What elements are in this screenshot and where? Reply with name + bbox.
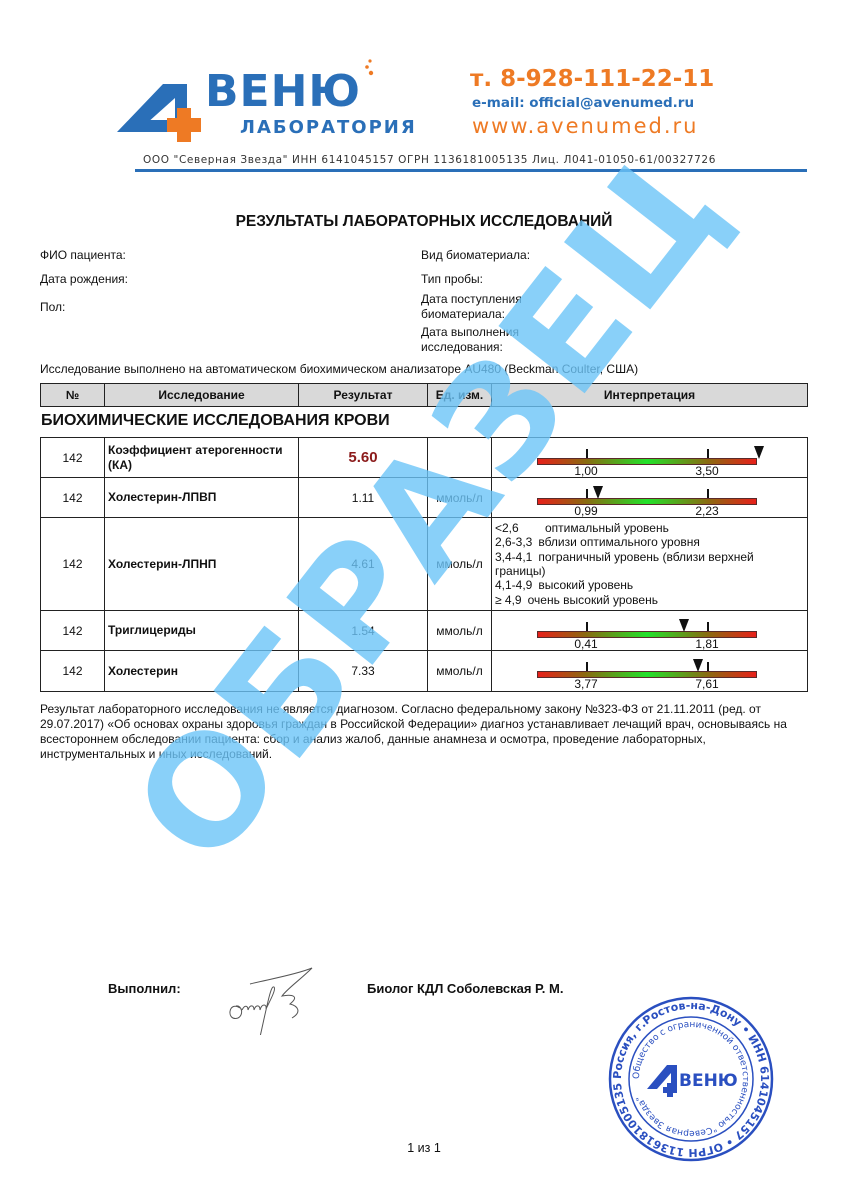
section-title: БИОХИМИЧЕСКИЕ ИССЛЕДОВАНИЯ КРОВИ xyxy=(41,412,390,430)
contact-email[interactable]: e-mail: official@avenumed.ru xyxy=(472,97,694,111)
table-row: 142 Коэффициент атерогенности (КА) 5.60 … xyxy=(41,438,808,478)
reference-tick xyxy=(586,449,588,458)
test-name: Триглицериды xyxy=(105,611,299,651)
organization-details: ООО "Северная Звезда" ИНН 6141045157 ОГР… xyxy=(143,155,716,166)
interpretation-cell: 1,003,50 xyxy=(492,438,808,478)
signer-name: Биолог КДЛ Соболевская Р. М. xyxy=(367,981,563,996)
reference-tick xyxy=(707,489,709,498)
header-test: Исследование xyxy=(105,384,299,407)
legal-disclaimer: Результат лабораторного исследования не … xyxy=(40,702,810,762)
test-unit: ммоль/л xyxy=(428,478,492,518)
gradient-bar xyxy=(537,458,757,465)
interpretation-cell: 3,777,61 xyxy=(492,651,808,692)
value-marker-icon xyxy=(754,446,764,459)
document-title: РЕЗУЛЬТАТЫ ЛАБОРАТОРНЫХ ИССЛЕДОВАНИЙ xyxy=(0,213,848,231)
test-name: Холестерин-ЛПНП xyxy=(105,518,299,611)
reference-limit-label: 2,23 xyxy=(695,504,718,518)
range-line: ≥ 4,9очень высокий уровень xyxy=(495,593,804,607)
reference-limit-label: 0,99 xyxy=(574,504,597,518)
reference-scale: 1,003,50 xyxy=(492,439,807,477)
reference-limit-label: 3,50 xyxy=(695,464,718,478)
reference-limit-label: 1,81 xyxy=(695,637,718,651)
header-divider xyxy=(135,169,807,172)
contact-website[interactable]: www.avenumed.ru xyxy=(472,116,698,137)
table-row: 142 Триглицериды 1.54 ммоль/л 0,411,81 xyxy=(41,611,808,651)
logo-wordmark: ВЕНЮ xyxy=(205,70,361,114)
range-line: 2,6-3,3вблизи оптимального уровня xyxy=(495,535,804,549)
reference-scale: 3,777,61 xyxy=(492,652,807,690)
reference-tick xyxy=(586,489,588,498)
range-line: <2,6оптимальный уровень xyxy=(495,521,804,535)
test-unit: ммоль/л xyxy=(428,611,492,651)
company-stamp: Россия, г.Ростов-на-Дону • ИНН 614104515… xyxy=(607,995,775,1163)
page-number: 1 из 1 xyxy=(0,1141,848,1155)
reference-limit-label: 1,00 xyxy=(574,464,597,478)
reference-tick xyxy=(707,622,709,631)
gradient-bar xyxy=(537,631,757,638)
test-unit: ммоль/л xyxy=(428,651,492,692)
field-sex: Пол: xyxy=(40,300,65,315)
test-unit xyxy=(428,438,492,478)
analyzer-note: Исследование выполнено на автоматическом… xyxy=(40,362,638,377)
reference-tick xyxy=(707,662,709,671)
test-result: 7.33 xyxy=(299,651,428,692)
table-row: 142 Холестерин 7.33 ммоль/л 3,777,61 xyxy=(41,651,808,692)
reference-limit-label: 0,41 xyxy=(574,637,597,651)
gradient-bar xyxy=(537,671,757,678)
reference-tick xyxy=(586,662,588,671)
gradient-bar xyxy=(537,498,757,505)
reference-scale: 0,992,23 xyxy=(492,479,807,517)
test-unit: ммоль/л xyxy=(428,518,492,611)
svg-text:ВЕНЮ: ВЕНЮ xyxy=(679,1071,738,1091)
field-birth-date: Дата рождения: xyxy=(40,272,128,287)
row-number: 142 xyxy=(41,611,105,651)
field-performed-date: Дата выполнения исследования: xyxy=(421,325,541,355)
range-line: 3,4-4,1пограничный уровень (вблизи верхн… xyxy=(495,550,804,579)
test-name: Коэффициент атерогенности (КА) xyxy=(105,438,299,478)
contact-phone: т. 8-928-111-22-11 xyxy=(470,68,714,91)
field-biomaterial-type: Вид биоматериала: xyxy=(421,248,530,263)
logo-a-plus-icon xyxy=(115,80,210,142)
results-table-header: № Исследование Результат Ед. изм. Интерп… xyxy=(40,383,808,407)
results-table: 142 Коэффициент атерогенности (КА) 5.60 … xyxy=(40,437,808,692)
reference-tick xyxy=(586,622,588,631)
test-name: Холестерин-ЛПВП xyxy=(105,478,299,518)
field-sample-type: Тип пробы: xyxy=(421,272,483,287)
row-number: 142 xyxy=(41,438,105,478)
reference-tick xyxy=(707,449,709,458)
reference-limit-label: 3,77 xyxy=(574,677,597,691)
reference-scale: 0,411,81 xyxy=(492,612,807,650)
header-number: № xyxy=(41,384,105,407)
test-result: 4.61 xyxy=(299,518,428,611)
row-number: 142 xyxy=(41,651,105,692)
value-marker-icon xyxy=(593,486,603,499)
test-result: 1.11 xyxy=(299,478,428,518)
field-patient-name: ФИО пациента: xyxy=(40,248,126,263)
logo-subtitle: ЛАБОРАТОРИЯ xyxy=(240,119,417,137)
value-marker-icon xyxy=(679,619,689,632)
interpretation-cell: 0,992,23 xyxy=(492,478,808,518)
row-number: 142 xyxy=(41,518,105,611)
test-result: 5.60 xyxy=(299,438,428,478)
reference-ranges: <2,6оптимальный уровень2,6-3,3вблизи опт… xyxy=(495,519,804,609)
header-result: Результат xyxy=(299,384,428,407)
performed-by-label: Выполнил: xyxy=(108,981,181,996)
row-number: 142 xyxy=(41,478,105,518)
header-unit: Ед. изм. xyxy=(428,384,492,407)
test-name: Холестерин xyxy=(105,651,299,692)
handwritten-signature xyxy=(220,960,320,1035)
table-row: 142 Холестерин-ЛПНП 4.61 ммоль/л <2,6опт… xyxy=(41,518,808,611)
interpretation-cell: 0,411,81 xyxy=(492,611,808,651)
test-result: 1.54 xyxy=(299,611,428,651)
table-row: 142 Холестерин-ЛПВП 1.11 ммоль/л 0,992,2… xyxy=(41,478,808,518)
header-interpretation: Интерпретация xyxy=(492,384,808,407)
reference-limit-label: 7,61 xyxy=(695,677,718,691)
interpretation-cell: <2,6оптимальный уровень2,6-3,3вблизи опт… xyxy=(492,518,808,611)
range-line: 4,1-4,9высокий уровень xyxy=(495,578,804,592)
value-marker-icon xyxy=(693,659,703,672)
flask-bubbles-icon xyxy=(362,58,376,78)
field-received-date: Дата поступления биоматериала: xyxy=(421,292,551,322)
